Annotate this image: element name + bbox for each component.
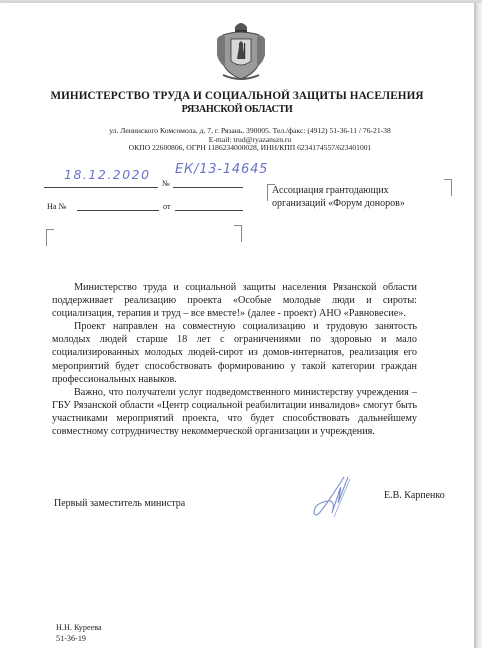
subject-corner-right (234, 225, 242, 242)
reply-to-underline (77, 210, 159, 211)
handwritten-signature-icon (310, 473, 360, 523)
number-underline (173, 187, 243, 188)
outgoing-date: 18.12.2020 (64, 167, 151, 182)
ministry-region: РЯЗАНСКОЙ ОБЛАСТИ (0, 104, 474, 115)
outgoing-number: ЕК/13-14645 (175, 162, 268, 177)
executor-name: Н.Н. Куреева (56, 623, 102, 634)
body-paragraph: Важно, что получатели услуг подведомстве… (52, 386, 417, 438)
date-underline (44, 187, 158, 188)
from-underline (175, 210, 243, 211)
executor-info: Н.Н. Куреева 51-36-19 (56, 623, 102, 644)
signatory-role: Первый заместитель министра (54, 498, 185, 509)
ministry-contacts: ул. Ленинского Комсомола, д. 7, г. Рязан… (60, 127, 440, 153)
letter-body: Министерство труда и социальной защиты н… (52, 281, 417, 438)
number-label: № (162, 179, 170, 188)
body-paragraph: Проект направлен на совместную социализа… (52, 320, 417, 385)
ministry-title: МИНИСТЕРСТВО ТРУДА И СОЦИАЛЬНОЙ ЗАЩИТЫ Н… (0, 90, 474, 103)
signatory-name: Е.В. Карпенко (384, 490, 445, 501)
addressee-line-2: организаций «Форум доноров» (272, 198, 452, 211)
body-paragraph: Министерство труда и социальной защиты н… (52, 281, 417, 320)
registry-line: ОКПО 22600806, ОГРН 1186234000028, ИНН/К… (60, 144, 440, 153)
subject-corner-left (46, 229, 54, 246)
reply-to-label: На № (47, 202, 66, 211)
ryazan-coat-of-arms-icon (213, 19, 269, 85)
from-label: от (163, 202, 171, 211)
addressee: Ассоциация грантодающих организаций «Фор… (272, 185, 452, 210)
addressee-line-1: Ассоциация грантодающих (272, 185, 452, 198)
document-page: МИНИСТЕРСТВО ТРУДА И СОЦИАЛЬНОЙ ЗАЩИТЫ Н… (0, 3, 476, 648)
executor-phone: 51-36-19 (56, 634, 102, 645)
